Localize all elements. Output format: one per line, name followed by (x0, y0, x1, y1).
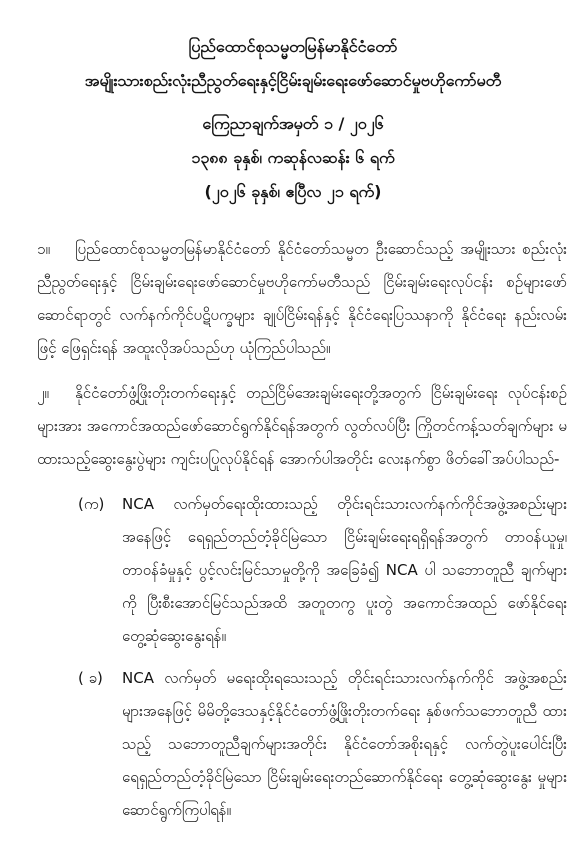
sub-item-kha-text: NCA လက်မှတ် မရေးထိုးရသေးသည့် တိုင်းရင်းသ… (122, 662, 567, 827)
sub-item-kha: ( ခ) NCA လက်မှတ် မရေးထိုးရသေးသည့် တိုင်း… (122, 662, 567, 827)
document-page: ပြည်ထောင်စုသမ္မတမြန်မာနိုင်ငံတော် အမျိုး… (0, 0, 586, 860)
announcement-number: ကြေညာချက်အမှတ် ၁ / ၂၀၂၆ (0, 107, 586, 141)
myanmar-era-date: ၁၃၈၈ ခုနှစ်၊ ကဆုန်လဆန်း ၆ ရက် (0, 141, 586, 175)
document-body: ၁။ပြည်ထောင်စုသမ္မတမြန်မာနိုင်ငံတော် နိုင… (37, 233, 567, 827)
sub-item-list: (က) NCA လက်မှတ်ရေးထိုးထားသည့် တိုင်းရင်း… (37, 488, 567, 827)
paragraph-1-text: ပြည်ထောင်စုသမ္မတမြန်မာနိုင်ငံတော် နိုင်င… (37, 240, 567, 357)
paragraph-2: ၂။နိုင်ငံတော်ဖွံ့ဖြိုးတိုးတက်ရေးနှင့် တည… (37, 377, 567, 476)
country-title: ပြည်ထောင်စုသမ္မတမြန်မာနိုင်ငံတော် (0, 30, 586, 64)
paragraph-1: ၁။ပြည်ထောင်စုသမ္မတမြန်မာနိုင်ငံတော် နိုင… (37, 233, 567, 365)
document-header: ပြည်ထောင်စုသမ္မတမြန်မာနိုင်ငံတော် အမျိုး… (0, 0, 586, 209)
committee-title: အမျိုးသားစည်းလုံးညီညွတ်ရေးနှင့်ငြိမ်းချမ… (0, 64, 586, 98)
paragraph-2-number: ၂။ (37, 377, 75, 410)
paragraph-2-text: နိုင်ငံတော်ဖွံ့ဖြိုးတိုးတက်ရေးနှင့် တည်င… (37, 384, 567, 468)
sub-item-ka: (က) NCA လက်မှတ်ရေးထိုးထားသည့် တိုင်းရင်း… (122, 488, 567, 653)
sub-item-ka-text: NCA လက်မှတ်ရေးထိုးထားသည့် တိုင်းရင်းသားလ… (122, 488, 567, 653)
paragraph-1-number: ၁။ (37, 233, 75, 266)
sub-item-ka-label: (က) (78, 488, 104, 521)
sub-item-kha-label: ( ခ) (78, 662, 103, 695)
gregorian-date: (၂၀၂၆ ခုနှစ်၊ ဧပြီလ ၂၁ ရက်) (0, 175, 586, 209)
